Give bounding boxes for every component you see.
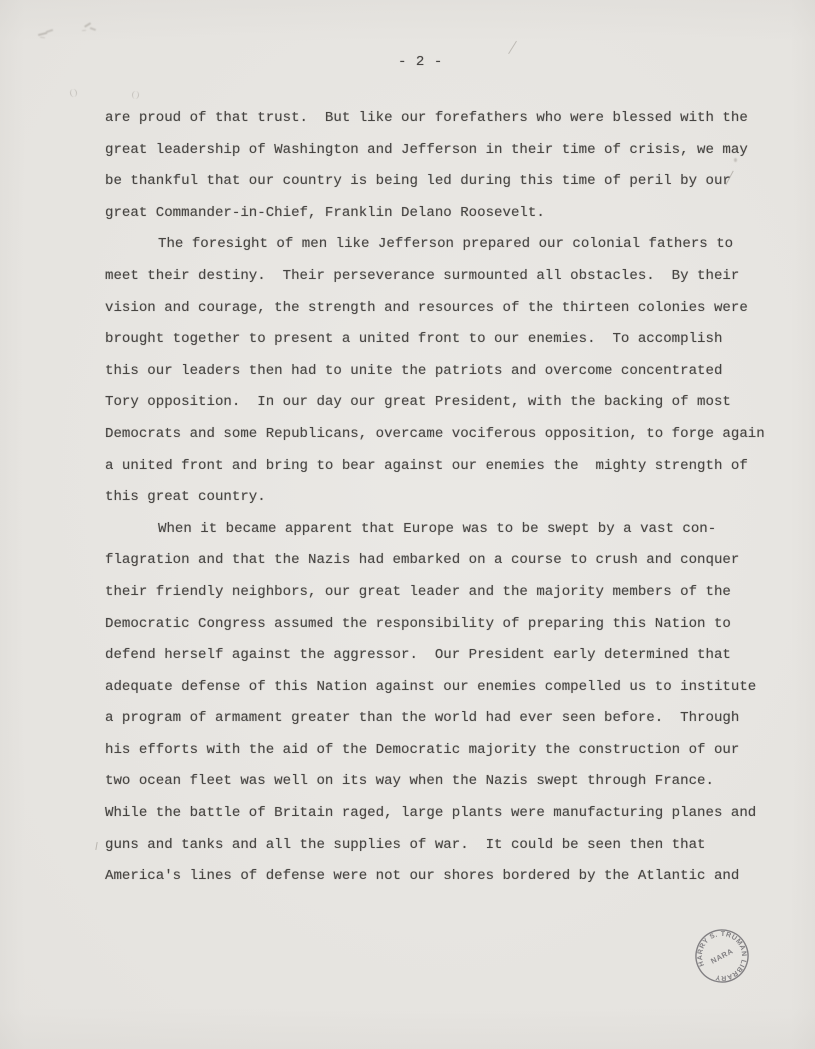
text-line: their friendly neighbors, our great lead…	[105, 577, 770, 609]
text-line: his efforts with the aid of the Democrat…	[105, 735, 770, 767]
typed-body: are proud of that trust. But like our fo…	[105, 103, 770, 893]
text-line: Democrats and some Republicans, overcame…	[105, 419, 770, 451]
text-line-paragraph-start: The foresight of men like Jefferson prep…	[105, 229, 770, 261]
text-line: be thankful that our country is being le…	[105, 166, 770, 198]
text-line: great Commander-in-Chief, Franklin Delan…	[105, 198, 770, 230]
text-line: Democratic Congress assumed the responsi…	[105, 609, 770, 641]
text-line: adequate defense of this Nation against …	[105, 672, 770, 704]
text-line-paragraph-start: When it became apparent that Europe was …	[105, 514, 770, 546]
text-line: this our leaders then had to unite the p…	[105, 356, 770, 388]
text-line: are proud of that trust. But like our fo…	[105, 103, 770, 135]
text-line: flagration and that the Nazis had embark…	[105, 545, 770, 577]
text-line: a program of armament greater than the w…	[105, 703, 770, 735]
stamp-center-text: NARA	[709, 946, 734, 965]
text-line: defend herself against the aggressor. Ou…	[105, 640, 770, 672]
stray-ink-mark	[132, 91, 140, 100]
stray-tick-mark	[95, 842, 98, 850]
stray-ink-mark	[69, 89, 77, 98]
text-line: vision and courage, the strength and res…	[105, 293, 770, 325]
document-page: - 2 - are proud of that trust. But like …	[0, 0, 815, 1049]
stamp-graphic: HARRY S. TRUMAN LIBRARY NARA	[692, 926, 752, 986]
truman-library-stamp: HARRY S. TRUMAN LIBRARY NARA	[692, 926, 752, 986]
text-line: brought together to present a united fro…	[105, 324, 770, 356]
text-line: Tory opposition. In our day our great Pr…	[105, 387, 770, 419]
text-line: great leadership of Washington and Jeffe…	[105, 135, 770, 167]
pencil-slash-mark	[508, 41, 517, 54]
text-line: America's lines of defense were not our …	[105, 861, 770, 893]
text-line: meet their destiny. Their perseverance s…	[105, 261, 770, 293]
text-line: guns and tanks and all the supplies of w…	[105, 830, 770, 862]
text-line: While the battle of Britain raged, large…	[105, 798, 770, 830]
page-number: - 2 -	[398, 54, 443, 70]
text-line: this great country.	[105, 482, 770, 514]
text-line: a united front and bring to bear against…	[105, 451, 770, 483]
text-line: two ocean fleet was well on its way when…	[105, 766, 770, 798]
